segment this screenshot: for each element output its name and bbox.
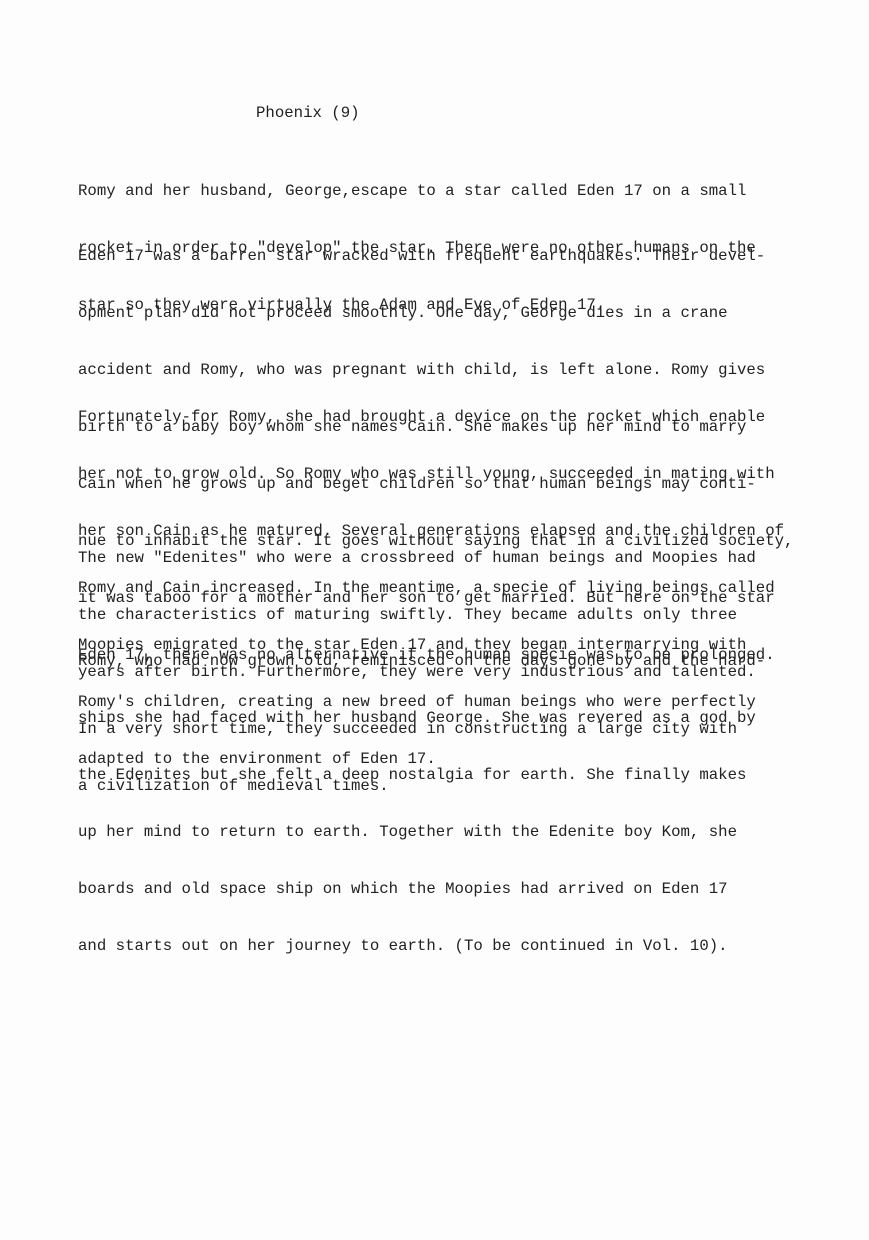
text-line: and starts out on her journey to earth. …	[78, 937, 765, 956]
text-line: up her mind to return to earth. Together…	[78, 823, 765, 842]
text-line: Fortunately-for Romy, she had brought a …	[78, 408, 784, 427]
text-line: the Edenites but she felt a deep nostalg…	[78, 766, 765, 785]
text-line: ships she had faced with her husband Geo…	[78, 709, 765, 728]
paragraph-return-to-earth: Romy, who had now grown old, reminisced …	[78, 614, 765, 994]
text-line: boards and old space ship on which the M…	[78, 880, 765, 899]
text-line: her not to grow old. So Romy who was sti…	[78, 465, 784, 484]
text-line: Romy, who had now grown old, reminisced …	[78, 652, 765, 671]
typewritten-page: Phoenix (9) Romy and her husband, George…	[0, 0, 869, 1240]
text-line: The new "Edenites" who were a crossbreed…	[78, 549, 756, 568]
text-line: opment plan did not proceed smoothly. On…	[78, 304, 793, 323]
page-title: Phoenix (9)	[256, 104, 360, 122]
text-line: Eden 17 was a barren star wracked with f…	[78, 247, 793, 266]
text-line: Romy and her husband, George,escape to a…	[78, 182, 756, 201]
